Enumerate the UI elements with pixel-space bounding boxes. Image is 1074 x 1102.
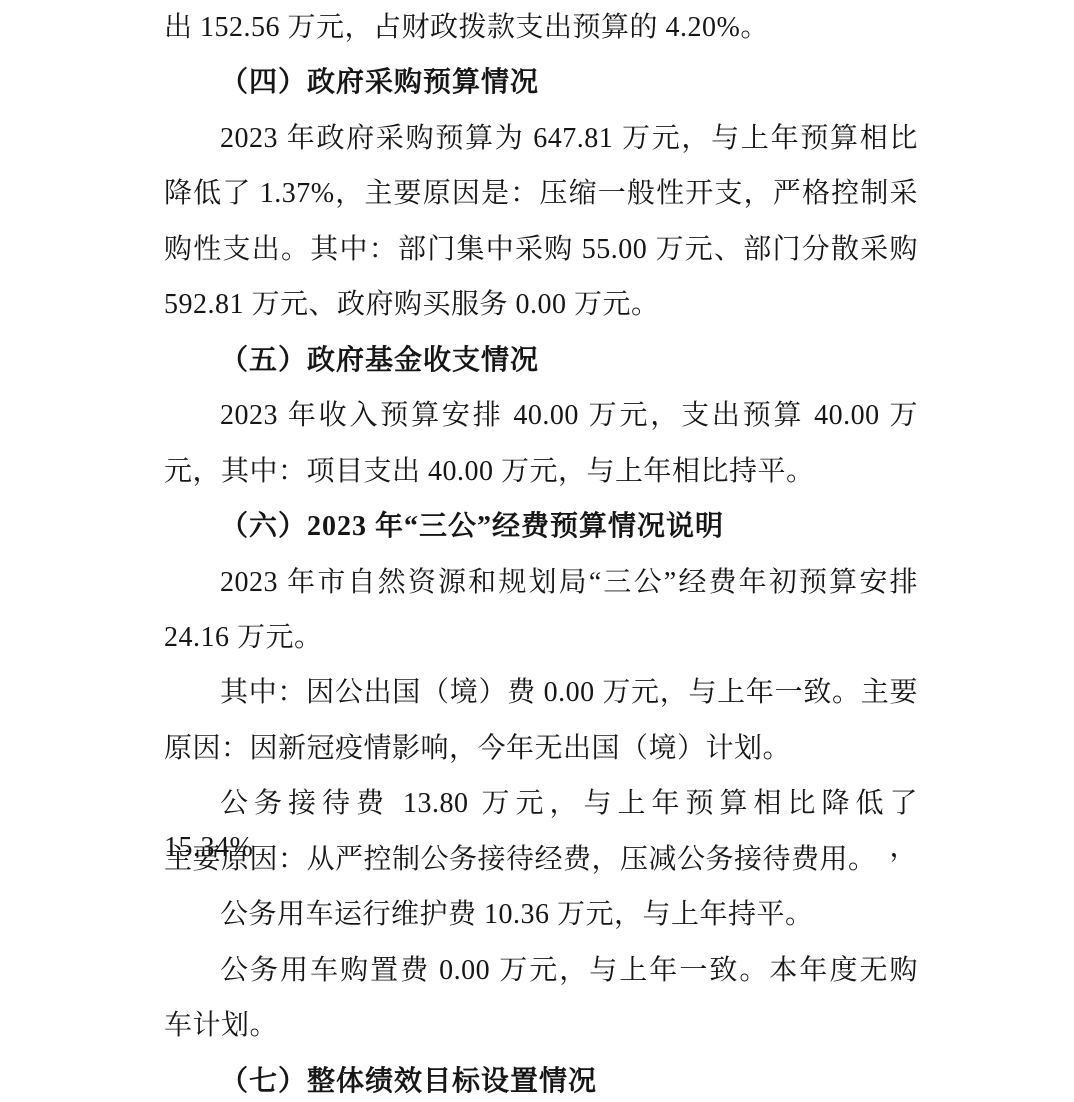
document-line: 2023 年市自然资源和规划局“三公”经费年初预算安排: [164, 561, 918, 611]
document-line: 24.16 万元。: [164, 616, 918, 666]
document-line: 公务接待费 13.80 万元，与上年预算相比降低了 15.34%，: [164, 782, 918, 832]
document-line: 公务用车运行维护费 10.36 万元，与上年持平。: [164, 893, 918, 943]
document-line: 购性支出。其中：部门集中采购 55.00 万元、部门分散采购: [164, 228, 918, 278]
document-line: 车计划。: [164, 1004, 918, 1054]
document-line: 主要原因：从严控制公务接待经费，压减公务接待费用。: [164, 838, 918, 888]
document-line: 元，其中：项目支出 40.00 万元，与上年相比持平。: [164, 450, 918, 500]
document-page: 出 152.56 万元，占财政拨款支出预算的 4.20%。（四）政府采购预算情况…: [0, 0, 1074, 1102]
section-heading: （六）2023 年“三公”经费预算情况说明: [164, 505, 918, 555]
document-line: 公务用车购置费 0.00 万元，与上年一致。本年度无购: [164, 949, 918, 999]
document-line: 原因：因新冠疫情影响，今年无出国（境）计划。: [164, 727, 918, 777]
document-line: 出 152.56 万元，占财政拨款支出预算的 4.20%。: [164, 6, 918, 56]
document-line: 2023 年政府采购预算为 647.81 万元，与上年预算相比: [164, 117, 918, 167]
section-heading: （四）政府采购预算情况: [164, 61, 918, 111]
document-line: 其中：因公出国（境）费 0.00 万元，与上年一致。主要: [164, 671, 918, 721]
document-line: 2023 年收入预算安排 40.00 万元，支出预算 40.00 万: [164, 394, 918, 444]
section-heading: （七）整体绩效目标设置情况: [164, 1060, 918, 1102]
section-heading: （五）政府基金收支情况: [164, 339, 918, 389]
document-line: 592.81 万元、政府购买服务 0.00 万元。: [164, 283, 918, 333]
document-line: 降低了 1.37%，主要原因是：压缩一般性开支，严格控制采: [164, 172, 918, 222]
